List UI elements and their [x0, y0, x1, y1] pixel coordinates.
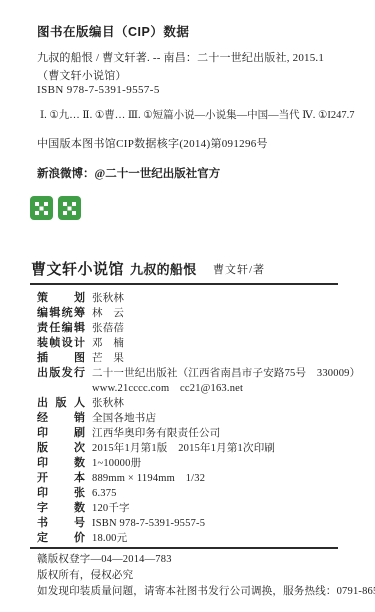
divider-rule-top — [30, 283, 338, 285]
cip-isbn-line: ISBN 978-7-5391-9557-5 — [37, 84, 160, 96]
row-value: 889mm × 1194mm 1/32 — [92, 473, 205, 484]
green-qr-badge-icon — [30, 196, 53, 220]
table-row: 印张6.375 — [37, 486, 347, 501]
cip-series-line: （曹文轩小说馆） — [37, 67, 127, 83]
table-row: 责任编辑张蓓蓓 — [37, 321, 347, 336]
table-row: 装帧设计邓 楠 — [37, 336, 347, 351]
table-row: 定价18.00元 — [37, 531, 347, 546]
cip-registry-line: 中国版本图书馆CIP数据核字(2014)第091296号 — [37, 135, 268, 151]
table-row: 印数1~10000册 — [37, 456, 347, 471]
copyright-registration-line: 赣版权登字—04—2014—783 — [37, 552, 375, 568]
row-value: 江西华奥印务有限责任公司 — [92, 428, 220, 439]
green-qr-badge-icon — [58, 196, 81, 220]
row-value: 18.00元 — [92, 533, 127, 544]
row-label: 定价 — [37, 531, 85, 546]
row-label: 书号 — [37, 516, 85, 531]
row-label: 开本 — [37, 471, 85, 486]
row-label: 印张 — [37, 486, 85, 501]
row-value: 张蓓蓓 — [92, 323, 124, 334]
row-value: 全国各地书店 — [92, 413, 156, 424]
footer-notices: 赣版权登字—04—2014—783 版权所有，侵权必究 如发现印装质量问题，请寄… — [37, 552, 375, 599]
table-row-continuation: www.21cccc.com cc21@163.net — [37, 381, 347, 396]
table-row: 字数120千字 — [37, 501, 347, 516]
rights-reserved-line: 版权所有，侵权必究 — [37, 568, 375, 584]
author-credit: 曹文轩/著 — [213, 261, 265, 277]
row-label: 印数 — [37, 456, 85, 471]
table-row: 印刷江西华奥印务有限责任公司 — [37, 426, 347, 441]
row-value: 芒 果 — [92, 353, 124, 364]
row-label: 责任编辑 — [37, 321, 85, 336]
row-value: www.21cccc.com cc21@163.net — [92, 383, 243, 394]
publication-details: 策划张秋林 编辑统筹林 云 责任编辑张蓓蓓 装帧设计邓 楠 插图芒 果 出版发行… — [37, 291, 347, 546]
table-row: 开本889mm × 1194mm 1/32 — [37, 471, 347, 486]
row-label: 经销 — [37, 411, 85, 426]
row-value: 2015年1月第1版 2015年1月第1次印刷 — [92, 443, 275, 454]
row-label: 印刷 — [37, 426, 85, 441]
badge-icon-row — [30, 196, 81, 220]
quality-hotline-line: 如发现印装质量问题，请寄本社图书发行公司调换，服务热线：0791-8651205… — [37, 584, 375, 600]
row-label: 字数 — [37, 501, 85, 516]
table-row: 经销全国各地书店 — [37, 411, 347, 426]
weibo-line: 新浪微博：@二十一世纪出版社官方 — [37, 165, 220, 181]
table-row: 出版人张秋林 — [37, 396, 347, 411]
row-value: 120千字 — [92, 503, 130, 514]
row-label: 编辑统筹 — [37, 306, 85, 321]
copyright-page: 图书在版编目（CIP）数据 九叔的船恨 / 曹文轩著. -- 南昌：二十一世纪出… — [0, 0, 375, 612]
row-value: ISBN 978-7-5391-9557-5 — [92, 518, 205, 529]
row-value: 6.375 — [92, 488, 117, 499]
weibo-label: 新浪微博： — [37, 168, 95, 180]
row-value: 张秋林 — [92, 293, 124, 304]
cip-title-line: 九叔的船恨 / 曹文轩著. -- 南昌：二十一世纪出版社, 2015.1 — [37, 49, 324, 65]
table-row: 编辑统筹林 云 — [37, 306, 347, 321]
cip-header: 图书在版编目（CIP）数据 — [37, 22, 189, 40]
title-row: 曹文轩小说馆九叔的船恨 曹文轩/著 — [31, 258, 345, 280]
table-row: 插图芒 果 — [37, 351, 347, 366]
row-label: 装帧设计 — [37, 336, 85, 351]
row-value: 1~10000册 — [92, 458, 141, 469]
row-label: 出版发行 — [37, 366, 85, 381]
row-value: 二十一世纪出版社（江西省南昌市子安路75号 330009） — [92, 368, 360, 379]
table-row: 出版发行二十一世纪出版社（江西省南昌市子安路75号 330009） — [37, 366, 347, 381]
row-value: 林 云 — [92, 308, 124, 319]
row-label: 插图 — [37, 351, 85, 366]
series-title: 曹文轩小说馆 — [31, 261, 124, 278]
book-title: 九叔的船恨 — [130, 262, 197, 277]
table-row: 书号ISBN 978-7-5391-9557-5 — [37, 516, 347, 531]
weibo-account: @二十一世纪出版社官方 — [95, 168, 221, 180]
row-value: 邓 楠 — [92, 338, 124, 349]
row-label: 出版人 — [37, 396, 85, 411]
row-label: 版次 — [37, 441, 85, 456]
divider-rule-bottom — [30, 547, 338, 549]
row-value: 张秋林 — [92, 398, 124, 409]
row-label: 策划 — [37, 291, 85, 306]
table-row: 策划张秋林 — [37, 291, 347, 306]
cip-classification-line: Ⅰ. ①九… Ⅱ. ①曹… Ⅲ. ①短篇小说—小说集—中国—当代 Ⅳ. ①I24… — [40, 107, 355, 122]
table-row: 版次2015年1月第1版 2015年1月第1次印刷 — [37, 441, 347, 456]
